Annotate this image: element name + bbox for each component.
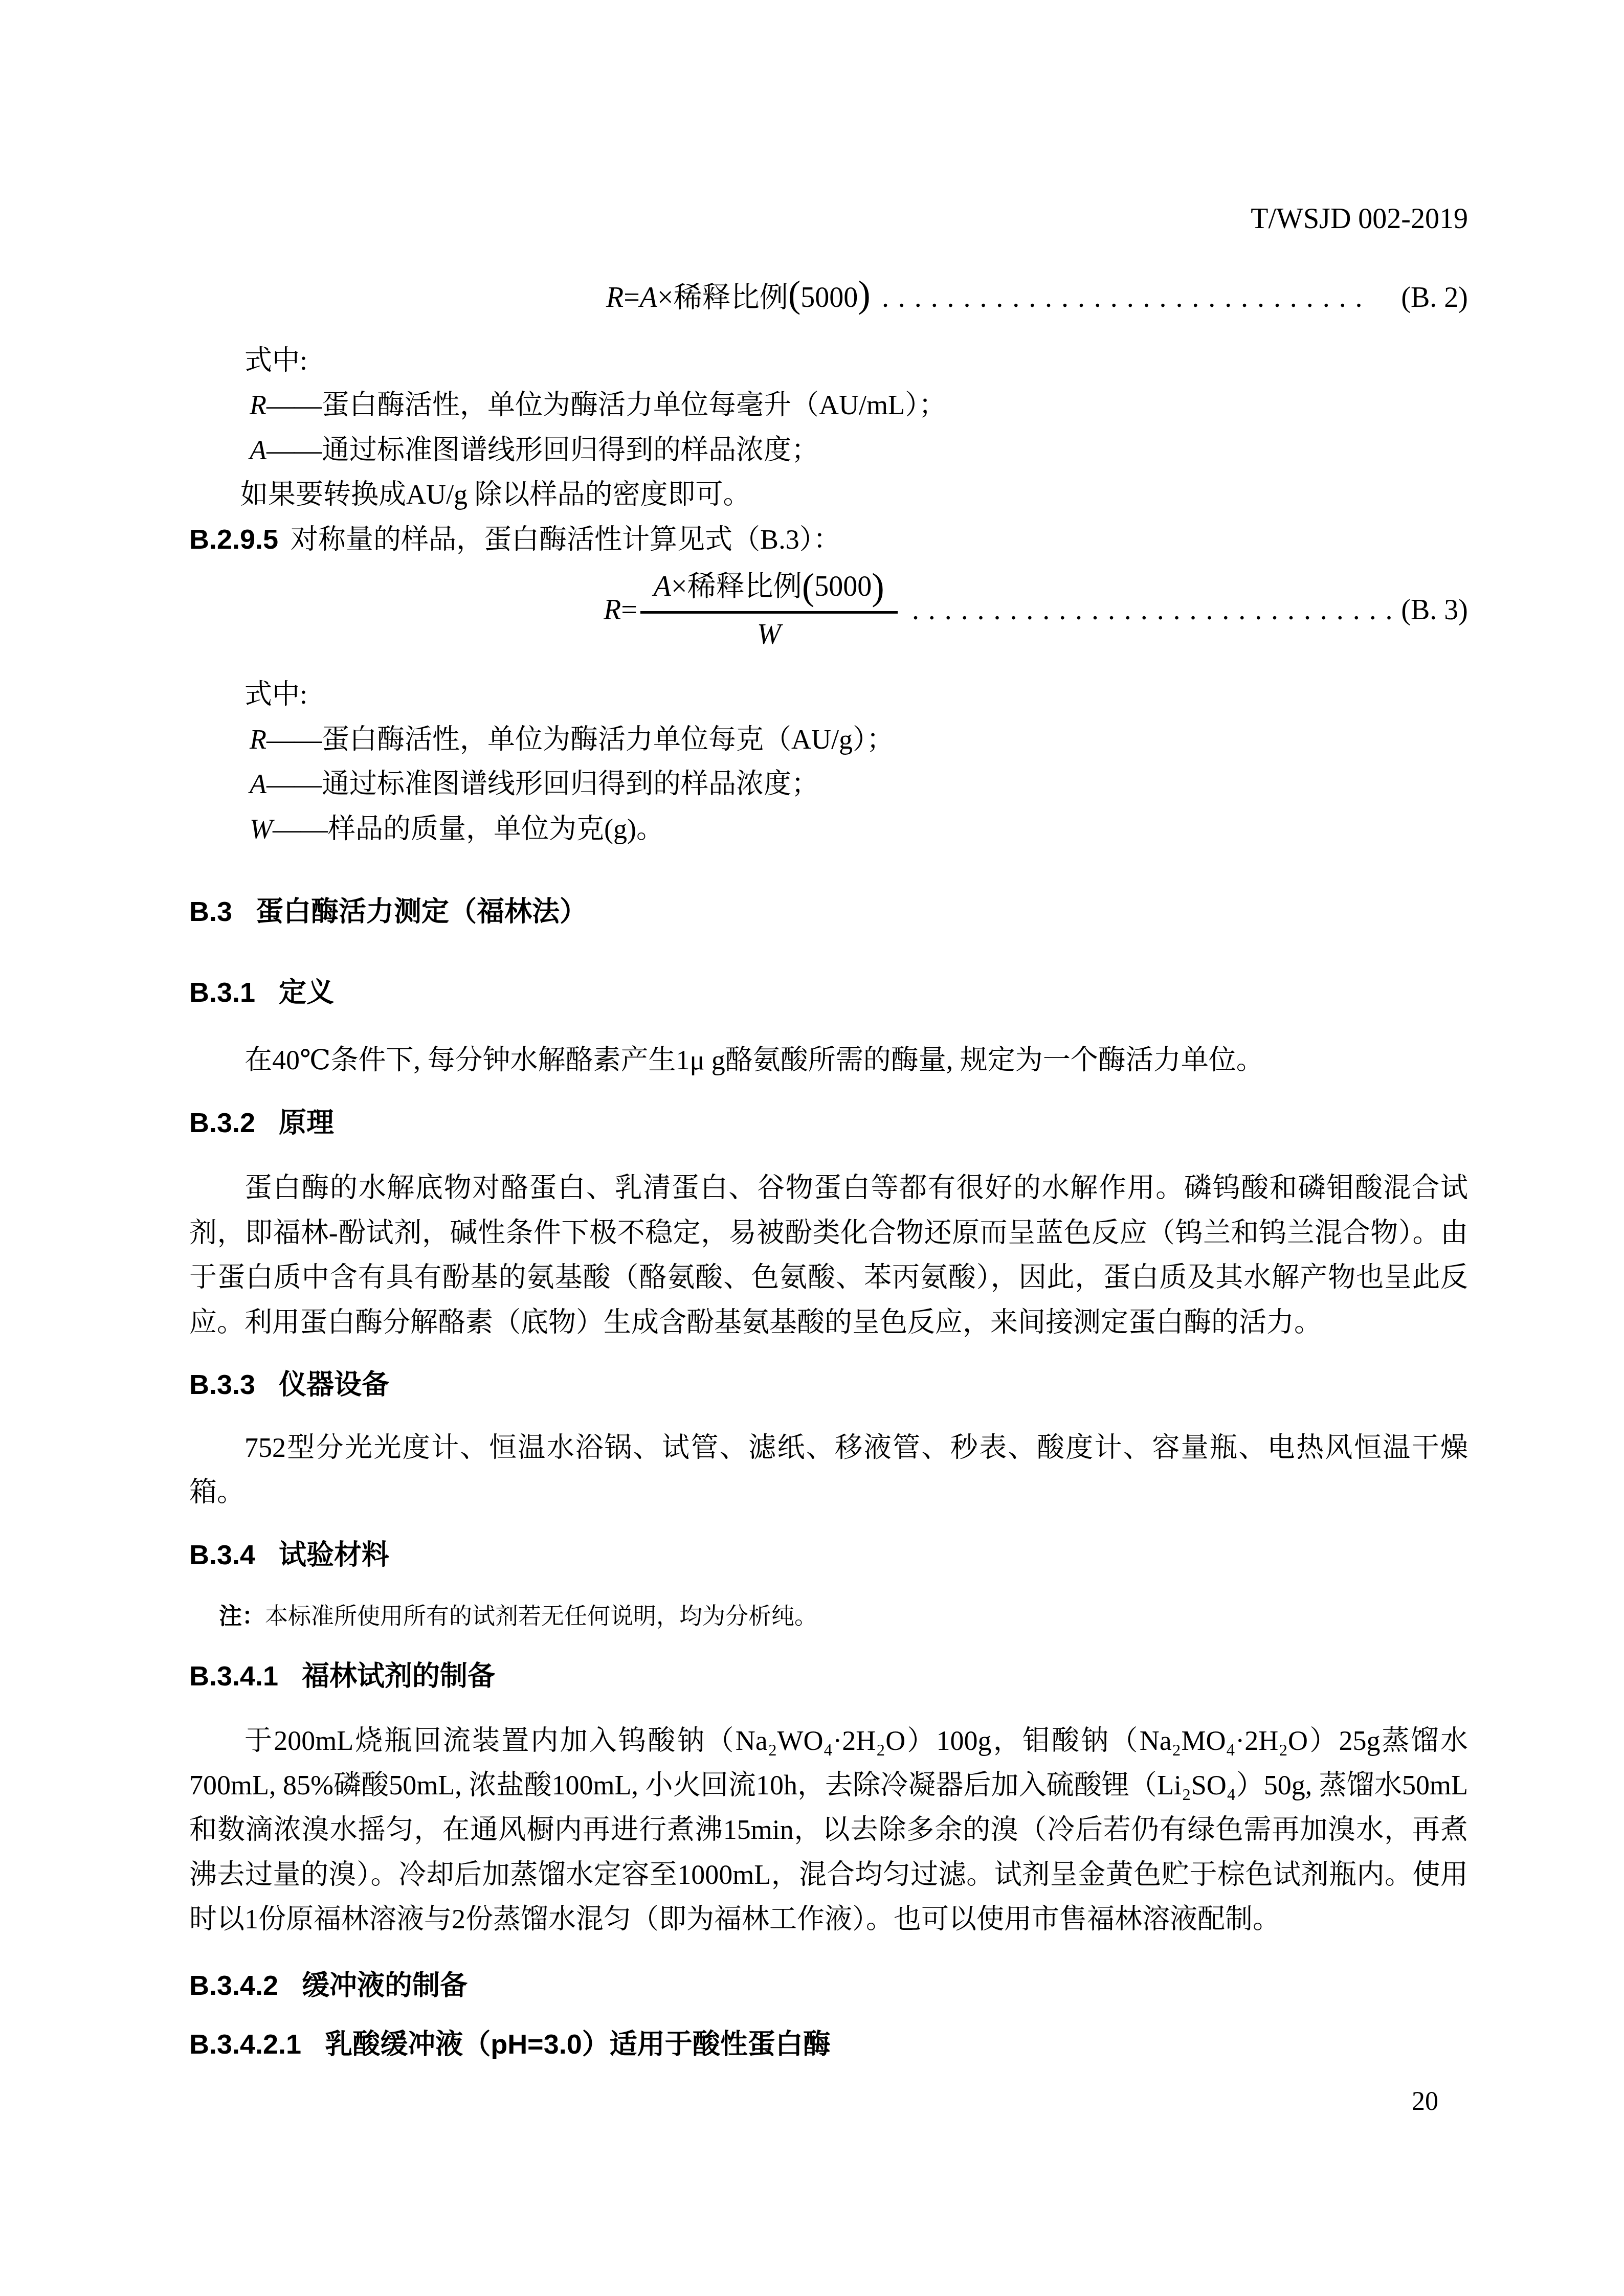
definition-row-a: A——通过标准图谱线形回归得到的样品浓度； xyxy=(189,428,1468,472)
heading-number: B.3.4.1 xyxy=(189,1661,278,1692)
reagent-note: 注：本标准所使用所有的试剂若无任何说明，均为分析纯。 xyxy=(189,1598,1468,1635)
page-number: 20 xyxy=(189,2086,1468,2118)
var-symbol-r: R xyxy=(250,390,266,420)
fraction-denominator-w: W xyxy=(640,614,898,652)
definition-row-r: R——蛋白酶活性，单位为酶活力单位每克（AU/g）； xyxy=(189,717,1468,762)
formula-b3-var-a: A xyxy=(654,571,671,602)
paragraph-b341: 于200mL烧瓶回流装置内加入钨酸钠（Na₂WO₄·2H₂O）100g，钼酸钠（… xyxy=(189,1719,1468,1942)
def-text: ——通过标准图谱线形回归得到的样品浓度； xyxy=(266,435,819,465)
multiply-sign: × xyxy=(671,571,687,602)
formula-b3-value: 5000 xyxy=(814,571,872,602)
equals-sign: = xyxy=(621,587,637,634)
section-heading-b34: B.3.4试验材料 xyxy=(189,1538,1468,1573)
heading-title: 仪器设备 xyxy=(279,1369,389,1400)
heading-number: B.3.3 xyxy=(189,1369,255,1400)
paragraph-b32: 蛋白酶的水解底物对酪蛋白、乳清蛋白、谷物蛋白等都有很好的水解作用。磷钨酸和磷钼酸… xyxy=(189,1166,1468,1345)
var-symbol-a: A xyxy=(250,769,266,799)
formula-b3-dilution-text: 稀释比例 xyxy=(687,571,802,602)
formula-b3-var-r: R xyxy=(604,587,621,634)
def-text: ——蛋白酶活性，单位为酶活力单位每毫升（AU/mL）； xyxy=(266,390,946,420)
dot-leader: .............................. xyxy=(901,587,1401,634)
var-symbol-r: R xyxy=(250,724,266,755)
open-paren: ( xyxy=(788,276,801,313)
section-heading-b33: B.3.3仪器设备 xyxy=(189,1368,1468,1403)
fraction: A×稀释比例(5000) W xyxy=(640,568,898,652)
section-heading-b31: B.3.1定义 xyxy=(189,976,1468,1010)
standard-number-header: T/WSJD 002-2019 xyxy=(189,202,1468,236)
definition-row-r: R——蛋白酶活性，单位为酶活力单位每毫升（AU/mL）； xyxy=(189,383,1468,427)
paragraph-b33: 752型分光光度计、恒温水浴锅、试管、滤纸、移液管、秒表、酸度计、容量瓶、电热风… xyxy=(189,1426,1468,1515)
heading-number: B.3.4.2.1 xyxy=(189,2029,301,2060)
def-text: ——蛋白酶活性，单位为酶活力单位每克（AU/g）； xyxy=(266,724,894,755)
formula-b2-value: 5000 xyxy=(800,275,858,321)
multiply-sign: × xyxy=(657,275,674,321)
document-page: T/WSJD 002-2019 R = A × 稀释比例 ( 5000 ) ..… xyxy=(0,0,1624,2296)
section-heading-b3: B.3蛋白酶活力测定（福林法） xyxy=(189,895,1468,930)
heading-number: B.3.2 xyxy=(189,1108,255,1138)
heading-number: B.3 xyxy=(189,896,232,927)
heading-title: 福林试剂的制备 xyxy=(302,1661,495,1692)
formula-b3: R = A×稀释比例(5000) W .....................… xyxy=(189,568,1468,652)
var-symbol-a: A xyxy=(250,435,266,465)
def-text: ——样品的质量，单位为克(g)。 xyxy=(273,814,664,844)
conversion-note: 如果要转换成AU/g 除以样品的密度即可。 xyxy=(189,472,1468,517)
fraction-numerator: A×稀释比例(5000) xyxy=(640,568,898,614)
definition-row-w: W——样品的质量，单位为克(g)。 xyxy=(189,807,1468,851)
clause-b295: B.2.9.5对称量的样品，蛋白酶活性计算见式（B.3）： xyxy=(189,517,1468,562)
formula-b2-dilution-text: 稀释比例 xyxy=(674,275,788,321)
formula-b2-number: (B. 2) xyxy=(1401,275,1468,321)
heading-title: 定义 xyxy=(279,977,334,1008)
section-heading-b342: B.3.4.2缓冲液的制备 xyxy=(189,1969,1468,2004)
clause-number: B.2.9.5 xyxy=(189,524,278,555)
section-heading-b32: B.3.2原理 xyxy=(189,1106,1468,1141)
heading-number: B.3.4.2 xyxy=(189,1970,278,2001)
heading-title: 缓冲液的制备 xyxy=(302,1970,468,2001)
equals-sign: = xyxy=(624,275,640,321)
var-symbol-w: W xyxy=(250,814,273,844)
where-intro-b3: 式中: xyxy=(189,672,1468,717)
note-label: 注： xyxy=(219,1603,265,1629)
heading-title: 蛋白酶活力测定（福林法） xyxy=(256,896,587,927)
formula-b2-var-a: A xyxy=(640,275,657,321)
heading-title: 乳酸缓冲液（pH=3.0）适用于酸性蛋白酶 xyxy=(325,2029,831,2060)
formula-b2: R = A × 稀释比例 ( 5000 ) ..................… xyxy=(189,275,1468,321)
heading-number: B.3.1 xyxy=(189,977,255,1008)
section-heading-b3421: B.3.4.2.1乳酸缓冲液（pH=3.0）适用于酸性蛋白酶 xyxy=(189,2028,1468,2062)
clause-text: 对称量的样品，蛋白酶活性计算见式（B.3）： xyxy=(291,524,841,555)
heading-number: B.3.4 xyxy=(189,1540,255,1570)
heading-title: 试验材料 xyxy=(279,1540,389,1570)
heading-title: 原理 xyxy=(279,1108,334,1138)
formula-b3-number: (B. 3) xyxy=(1401,587,1468,634)
note-text: 本标准所使用所有的试剂若无任何说明，均为分析纯。 xyxy=(265,1604,817,1629)
def-text: ——通过标准图谱线形回归得到的样品浓度； xyxy=(266,769,819,799)
close-paren: ) xyxy=(858,276,871,313)
open-paren: ( xyxy=(802,566,815,607)
paragraph-b31: 在40℃条件下, 每分钟水解酪素产生1μ g酪氨酸所需的酶量, 规定为一个酶活力… xyxy=(189,1038,1468,1083)
formula-b2-var-r: R xyxy=(606,275,624,321)
close-paren: ) xyxy=(872,566,884,607)
dot-leader: .............................. xyxy=(871,275,1401,321)
section-heading-b341: B.3.4.1福林试剂的制备 xyxy=(189,1659,1468,1694)
where-intro-b2: 式中: xyxy=(189,339,1468,383)
definition-row-a: A——通过标准图谱线形回归得到的样品浓度； xyxy=(189,762,1468,806)
